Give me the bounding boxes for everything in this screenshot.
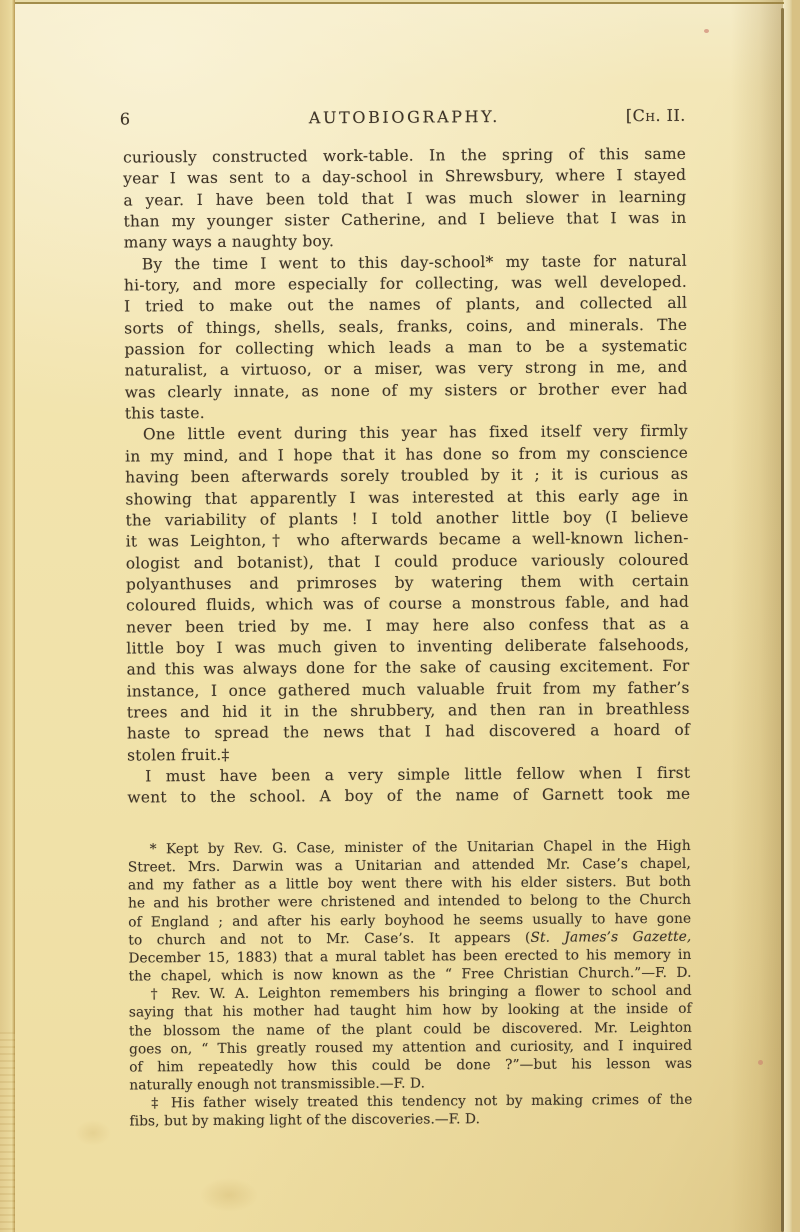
running-title: AUTOBIOGRAPHY.: [123, 106, 686, 129]
text-line: than my younger sister Catherine, and I …: [123, 208, 686, 233]
text-line: having been afterwards sorely troubled b…: [125, 464, 688, 489]
printed-area: 6 AUTOBIOGRAPHY. [Ch. II. curiously cons…: [122, 0, 693, 1232]
text-line: fibs, but by making light of the discove…: [129, 1109, 692, 1131]
page-edges-left: [0, 0, 15, 1232]
body-text: curiously constructed work-table. In the…: [123, 144, 690, 809]
footnotes: * Kept by Rev. G. Case, minister of the …: [128, 837, 693, 1131]
page-edge-texture: [0, 1032, 15, 1232]
chapter-marker: [Ch. II.: [626, 106, 686, 125]
text-line: was clearly innate, as none of my sister…: [125, 379, 688, 404]
running-header: 6 AUTOBIOGRAPHY. [Ch. II.: [123, 106, 686, 132]
next-page-edge: [784, 0, 792, 1232]
text-line: haste to spread the news that I had disc…: [127, 720, 690, 745]
text-line: of him repeatedly how this could be done…: [129, 1055, 692, 1077]
book-scan: 6 AUTOBIOGRAPHY. [Ch. II. curiously cons…: [0, 0, 800, 1232]
paper-speck: [758, 1060, 763, 1065]
text-line: coloured fluids, which was of course a m…: [126, 592, 689, 617]
paper-speck: [307, 472, 310, 475]
text-line: it was Leighton,† who afterwards became …: [126, 528, 689, 553]
paper-stain: [75, 1120, 111, 1146]
paper-speck: [704, 29, 709, 33]
gutter-shadow: [731, 0, 783, 1232]
scanned-book-page-background: { "page": { "number": "6", "running_titl…: [0, 0, 800, 1232]
book-page: 6 AUTOBIOGRAPHY. [Ch. II. curiously cons…: [15, 0, 792, 1232]
text-line: went to the school. A boy of the name of…: [127, 784, 690, 809]
